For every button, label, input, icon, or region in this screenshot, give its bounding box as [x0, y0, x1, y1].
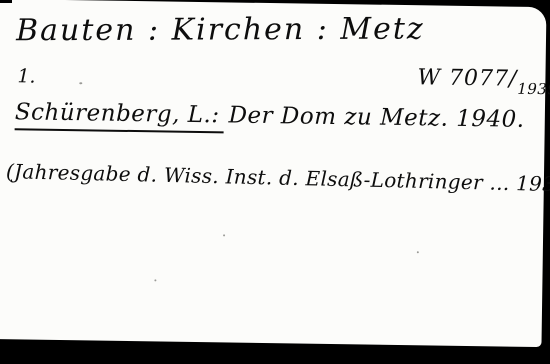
- call-number: W 7077/1939: [417, 65, 550, 92]
- subject-heading: Bauten : Kirchen : Metz: [16, 11, 425, 48]
- call-number-main: W 7077/: [417, 65, 517, 91]
- catalog-card: Bauten : Kirchen : Metz 1. W 7077/1939 S…: [0, 0, 546, 347]
- series-note: (Jahresgabe d. Wiss. Inst. d. Elsaß-Loth…: [6, 159, 550, 197]
- author-name-underlined: Schürenberg, L.:: [15, 99, 224, 133]
- paper-speck: [223, 234, 225, 236]
- title-and-year: Der Dom zu Metz. 1940.: [223, 102, 524, 132]
- paper-speck: [417, 251, 419, 253]
- item-number: 1.: [17, 65, 35, 87]
- scan-artifact-top-left: [0, 0, 12, 3]
- paper-speck: [154, 279, 156, 281]
- main-entry: Schürenberg, L.:Der Dom zu Metz. 1940.: [15, 99, 525, 138]
- paper-speck: [79, 82, 82, 84]
- call-number-year: 1939: [517, 80, 550, 99]
- scan-background: Bauten : Kirchen : Metz 1. W 7077/1939 S…: [0, 0, 550, 364]
